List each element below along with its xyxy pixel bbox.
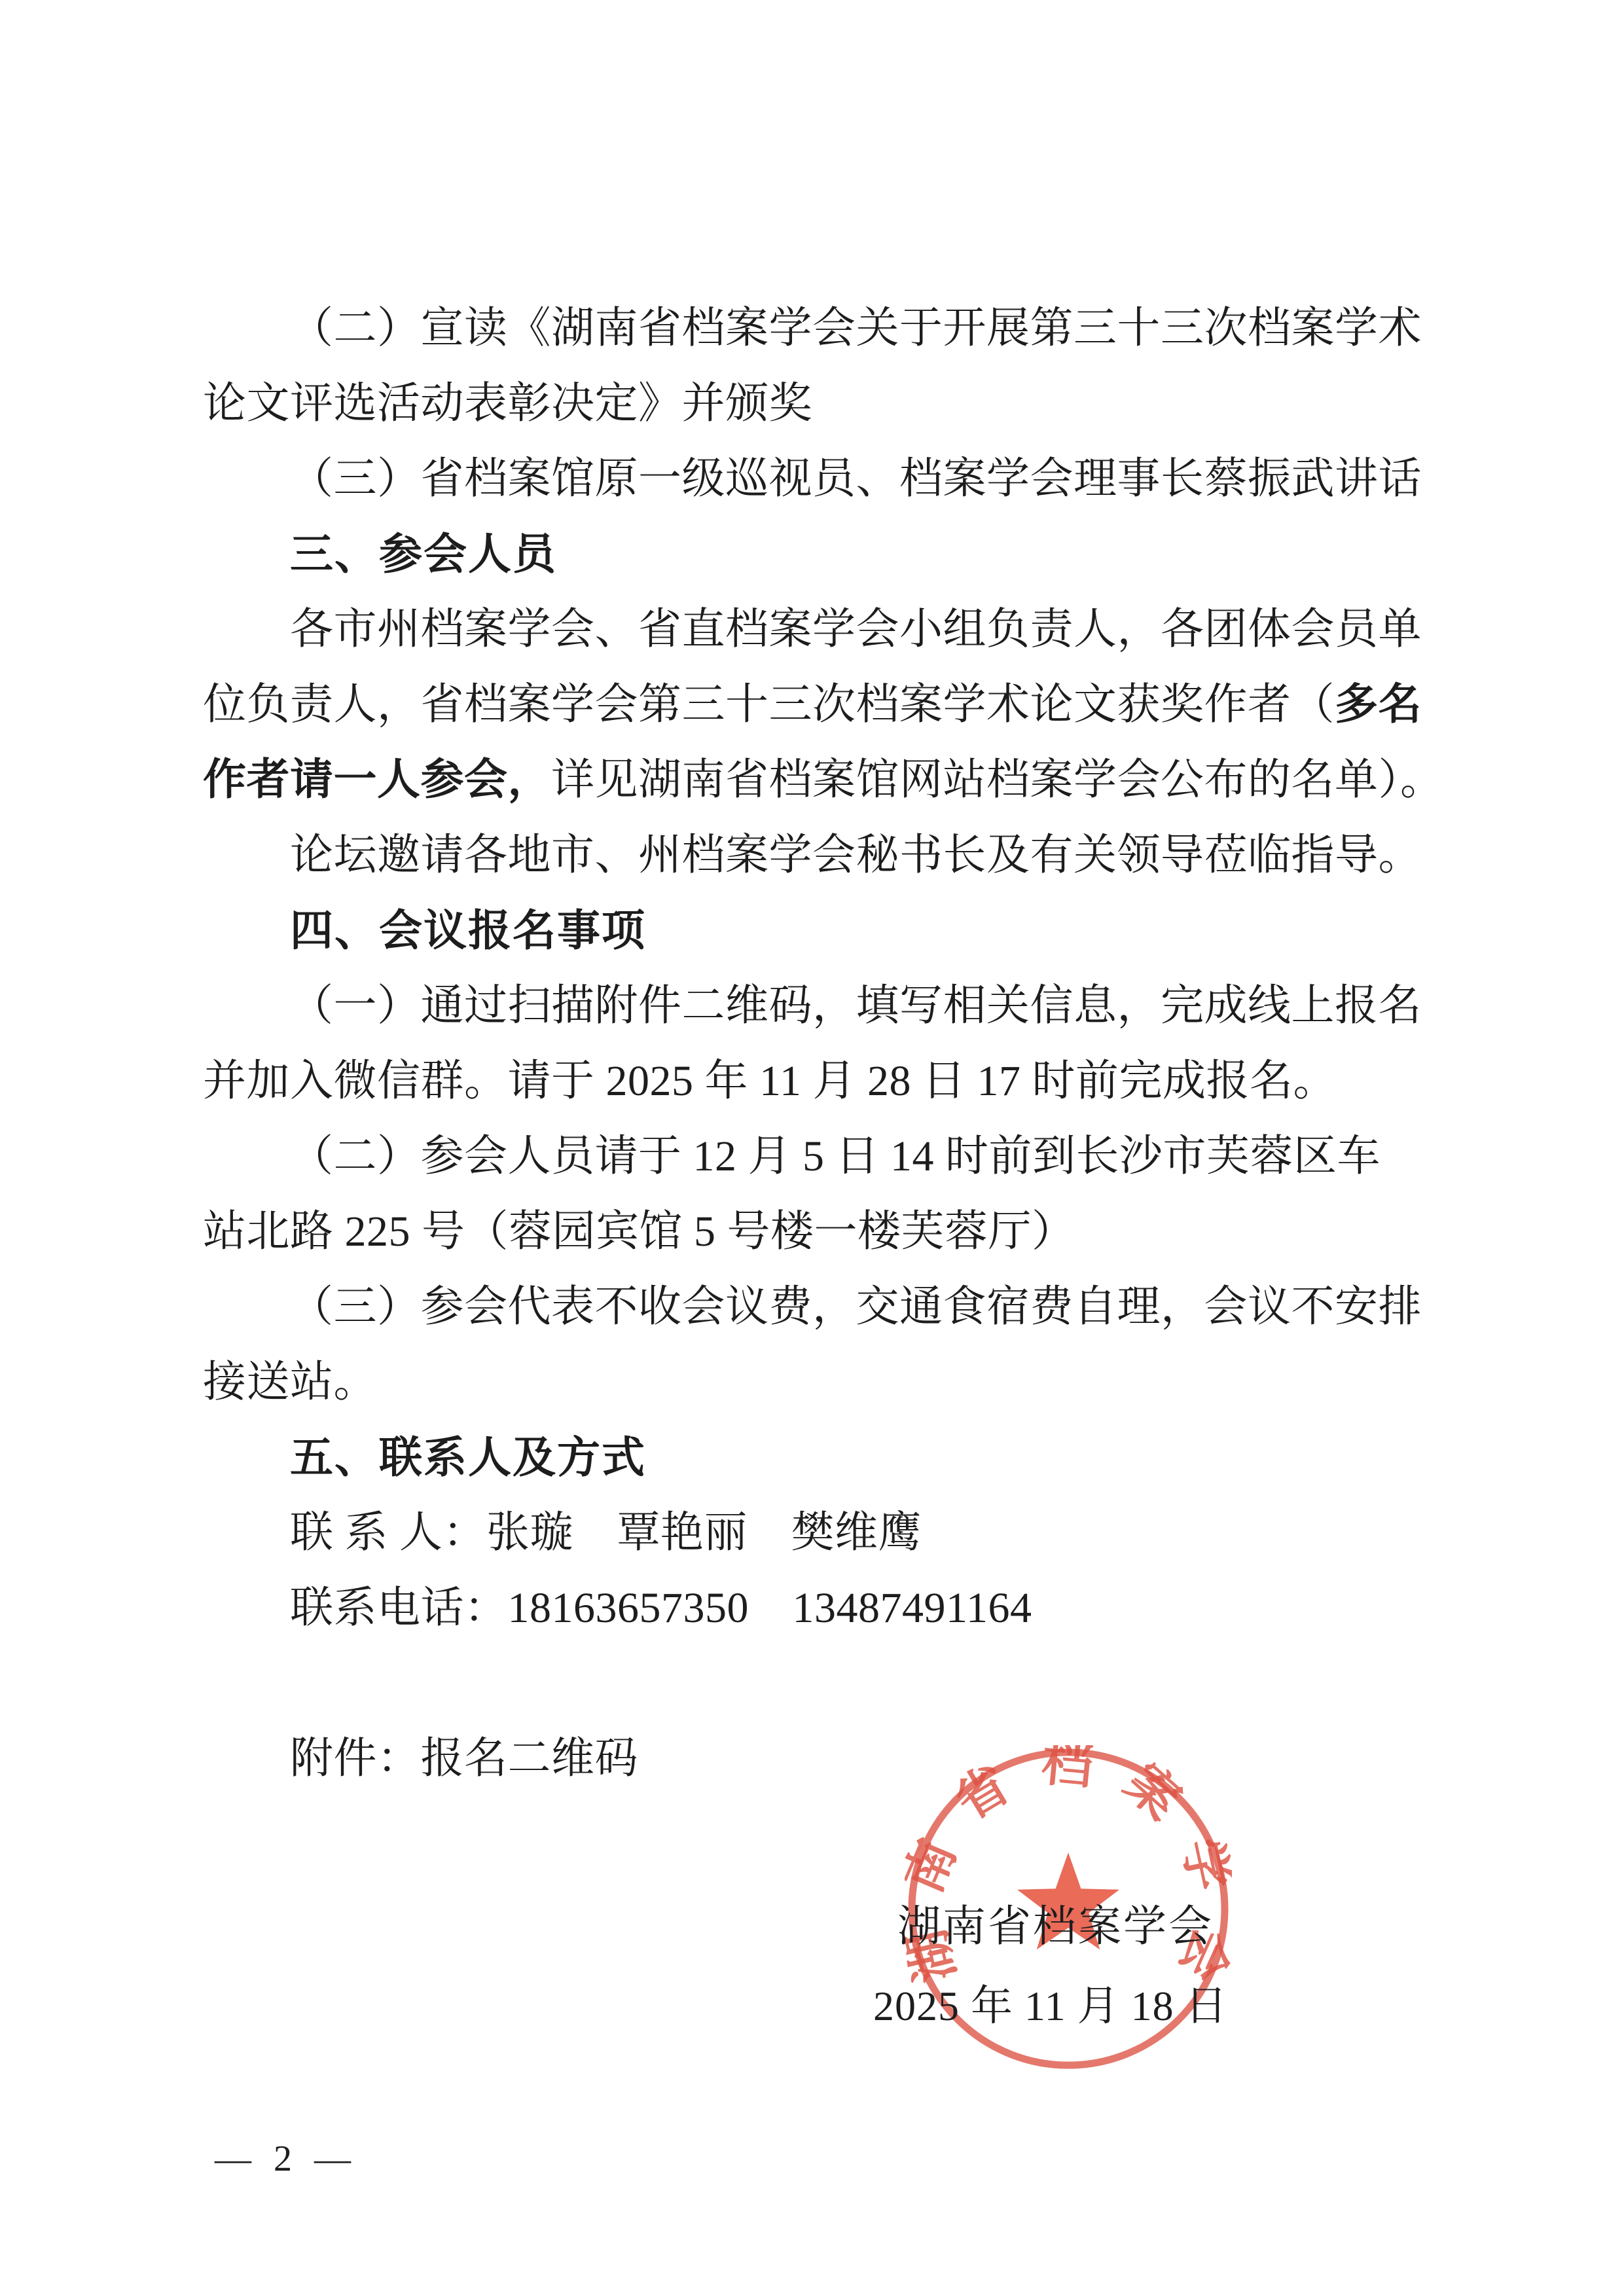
text-line: 附件：报名二维码	[203, 1721, 1428, 1796]
text-run: （二）参会人员请于 12 月 5 日 14 时前到长沙市芙蓉区车	[290, 1132, 1380, 1180]
text-line: 站北路 225 号（蓉园宾馆 5 号楼一楼芙蓉厅）	[203, 1194, 1428, 1269]
text-run: （三）参会代表不收会议费，交通食宿费自理，会议不安排	[290, 1283, 1422, 1331]
text-run: 详见湖南省档案馆网站档案学会公布的名单）。	[551, 756, 1444, 804]
section-heading: 三、参会人员	[203, 516, 1428, 592]
text-run: 三、参会人员	[290, 530, 557, 578]
document-page: （二）宣读《湖南省档案学会关于开展第三十三次档案学术论文评选活动表彰决定》并颁奖…	[0, 0, 1624, 2295]
text-run: 各市州档案学会、省直档案学会小组负责人，各团体会员单	[290, 605, 1422, 653]
text-run: 联系电话：18163657350 13487491164	[290, 1584, 1032, 1632]
text-line: （一）通过扫描附件二维码，填写相关信息，完成线上报名	[203, 968, 1428, 1043]
signature-date: 2025 年 11 月 18 日	[873, 1979, 1228, 2034]
text-run: 并加入微信群。请于 2025 年 11 月 28 日 17 时前完成报名。	[203, 1057, 1337, 1105]
text-run: 四、会议报名事项	[290, 906, 646, 954]
text-run: 位负责人，省档案学会第三十三次档案学术论文获奖作者（	[203, 681, 1335, 729]
section-heading: 五、联系人及方式	[203, 1420, 1428, 1495]
text-line: （三）省档案馆原一级巡视员、档案学会理事长蔡振武讲话	[203, 441, 1428, 516]
text-line: 论文评选活动表彰决定》并颁奖	[203, 366, 1428, 441]
text-run: （一）通过扫描附件二维码，填写相关信息，完成线上报名	[290, 982, 1422, 1030]
text-line: 论坛邀请各地市、州档案学会秘书长及有关领导莅临指导。	[203, 818, 1428, 893]
text-line: 接送站。	[203, 1345, 1428, 1420]
text-run: （三）省档案馆原一级巡视员、档案学会理事长蔡振武讲话	[290, 455, 1422, 503]
blank-line	[203, 1646, 1428, 1721]
text-run: （二）宣读《湖南省档案学会关于开展第三十三次档案学术	[290, 304, 1422, 352]
text-line: （二）宣读《湖南省档案学会关于开展第三十三次档案学术	[203, 291, 1428, 366]
text-run: 附件：报名二维码	[290, 1735, 638, 1782]
signature-org: 湖南省档案学会	[897, 1898, 1214, 1957]
text-line: 联 系 人：张璇 覃艳丽 樊维鹰	[203, 1495, 1428, 1570]
text-line: 各市州档案学会、省直档案学会小组负责人，各团体会员单	[203, 592, 1428, 667]
text-run: 论坛邀请各地市、州档案学会秘书长及有关领导莅临指导。	[290, 831, 1422, 879]
text-line: （二）参会人员请于 12 月 5 日 14 时前到长沙市芙蓉区车	[203, 1119, 1428, 1194]
section-heading: 四、会议报名事项	[203, 893, 1428, 968]
document-lines: （二）宣读《湖南省档案学会关于开展第三十三次档案学术论文评选活动表彰决定》并颁奖…	[203, 291, 1428, 1796]
text-run: 联 系 人：张璇 覃艳丽 樊维鹰	[290, 1509, 922, 1557]
text-run: 五、联系人及方式	[290, 1433, 646, 1481]
text-line: 作者请一人参会，详见湖南省档案馆网站档案学会公布的名单）。	[203, 742, 1428, 818]
text-line: 联系电话：18163657350 13487491164	[203, 1570, 1428, 1646]
text-line: （三）参会代表不收会议费，交通食宿费自理，会议不安排	[203, 1269, 1428, 1345]
text-run: 多名	[1335, 681, 1422, 729]
text-run: 论文评选活动表彰决定》并颁奖	[203, 380, 812, 427]
text-run: 接送站。	[203, 1358, 377, 1406]
text-run: 站北路 225 号（蓉园宾馆 5 号楼一楼芙蓉厅）	[203, 1208, 1075, 1256]
text-run: 作者请一人参会，	[203, 756, 551, 804]
text-line: 位负责人，省档案学会第三十三次档案学术论文获奖作者（多名	[203, 667, 1428, 742]
text-line: 并加入微信群。请于 2025 年 11 月 28 日 17 时前完成报名。	[203, 1043, 1428, 1119]
page-number: — 2 —	[215, 2133, 357, 2185]
